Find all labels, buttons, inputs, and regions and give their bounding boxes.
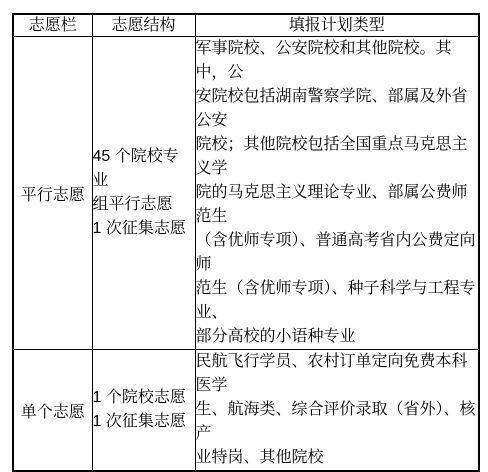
column-header-volunteer-structure: 志愿结构 — [92, 14, 195, 37]
column-header-volunteer-column: 志愿栏 — [13, 14, 92, 37]
cell-category-parallel: 平行志愿 — [13, 37, 92, 350]
column-header-plan-type: 填报计划类型 — [195, 14, 479, 37]
cell-category-single: 单个志愿 — [13, 350, 92, 472]
cell-plan-types-parallel: 军事院校、公安院校和其他院校。其中，公 安院校包括湖南警察学院、部属及外省公安 … — [195, 37, 479, 350]
cell-structure-parallel: 45 个院校专业 组平行志愿 1 次征集志愿 — [92, 37, 195, 350]
table-row-parallel-volunteer: 平行志愿 45 个院校专业 组平行志愿 1 次征集志愿 军事院校、公安院校和其他… — [13, 37, 479, 350]
cell-structure-single: 1 个院校志愿 1 次征集志愿 — [92, 350, 195, 472]
table-header-row: 志愿栏 志愿结构 填报计划类型 — [13, 14, 479, 37]
volunteer-plan-table: 志愿栏 志愿结构 填报计划类型 平行志愿 45 个院校专业 组平行志愿 1 次征… — [12, 13, 480, 472]
table-row-single-volunteer: 单个志愿 1 个院校志愿 1 次征集志愿 民航飞行学员、农村订单定向免费本科医学… — [13, 350, 479, 472]
cell-plan-types-single: 民航飞行学员、农村订单定向免费本科医学 生、航海类、综合评价录取（省外）、核产 … — [195, 350, 479, 472]
document-page: 志愿栏 志愿结构 填报计划类型 平行志愿 45 个院校专业 组平行志愿 1 次征… — [0, 0, 488, 281]
